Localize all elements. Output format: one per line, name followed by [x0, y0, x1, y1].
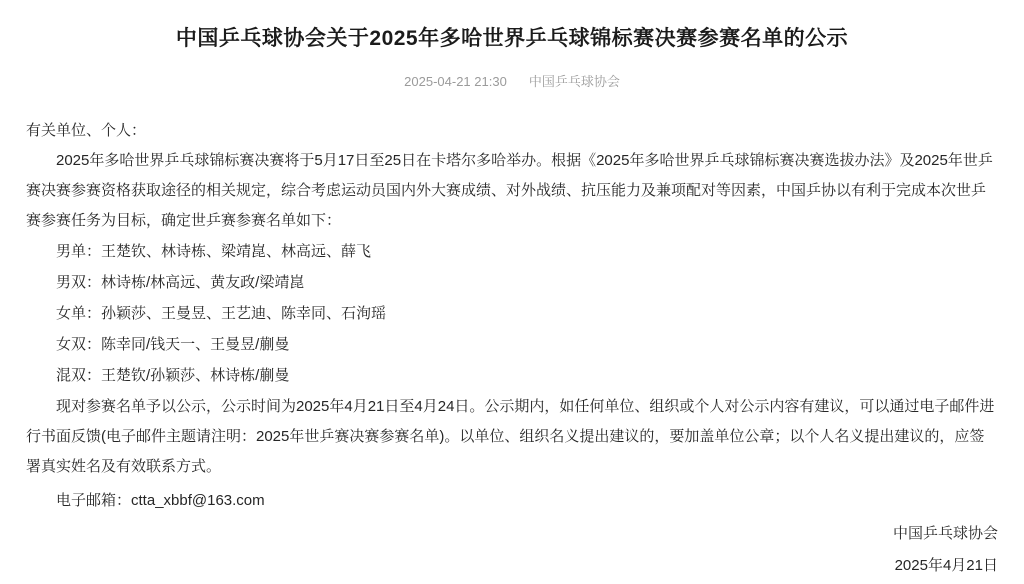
roster-names: 孙颖莎、王曼昱、王艺迪、陈幸同、石洵瑶: [101, 305, 386, 322]
page-title: 中国乒乓球协会关于2025年多哈世界乒乓球锦标赛决赛参赛名单的公示: [66, 24, 958, 54]
announcement-body: 有关单位、个人： 2025年多哈世界乒乓球锦标赛决赛将于5月17日至25日在卡塔…: [26, 116, 998, 516]
roster-womens-singles: 女单：孙颖莎、王曼昱、王艺迪、陈幸同、石洵瑶: [26, 299, 998, 329]
salutation: 有关单位、个人：: [26, 116, 998, 146]
announcement-page: 中国乒乓球协会关于2025年多哈世界乒乓球锦标赛决赛参赛名单的公示 2025-0…: [0, 0, 1024, 584]
roster-label: 女双：: [56, 336, 101, 353]
meta-line: 2025-04-21 21:30中国乒乓球协会: [26, 71, 998, 90]
roster-names: 王楚钦、林诗栋、梁靖崑、林高远、薛飞: [101, 243, 371, 260]
roster-mixed-doubles: 混双：王楚钦/孙颖莎、林诗栋/蒯曼: [26, 361, 998, 391]
signature-org: 中国乒乓球协会: [26, 518, 998, 549]
roster-label: 混双：: [56, 367, 101, 384]
roster-womens-doubles: 女双：陈幸同/钱天一、王曼昱/蒯曼: [26, 330, 998, 360]
roster-label: 女单：: [56, 305, 101, 322]
roster-names: 林诗栋/林高远、黄友政/梁靖崑: [101, 274, 304, 291]
roster-mens-doubles: 男双：林诗栋/林高远、黄友政/梁靖崑: [26, 268, 998, 298]
email-address: ctta_xbbf@163.com: [131, 492, 265, 509]
email-line: 电子邮箱：ctta_xbbf@163.com: [26, 486, 998, 516]
publish-datetime: 2025-04-21 21:30: [404, 74, 507, 89]
signature-date: 2025年4月21日: [26, 550, 998, 581]
roster-names: 王楚钦/孙颖莎、林诗栋/蒯曼: [101, 367, 289, 384]
roster-names: 陈幸同/钱天一、王曼昱/蒯曼: [101, 336, 289, 353]
roster-mens-singles: 男单：王楚钦、林诗栋、梁靖崑、林高远、薛飞: [26, 237, 998, 267]
intro-paragraph: 2025年多哈世界乒乓球锦标赛决赛将于5月17日至25日在卡塔尔多哈举办。根据《…: [26, 146, 998, 236]
roster-label: 男单：: [56, 243, 101, 260]
roster-label: 男双：: [56, 274, 101, 291]
email-label: 电子邮箱：: [56, 492, 131, 509]
notice-paragraph: 现对参赛名单予以公示，公示时间为2025年4月21日至4月24日。公示期内，如任…: [26, 392, 998, 482]
signature-block: 中国乒乓球协会 2025年4月21日: [26, 518, 998, 581]
publish-source: 中国乒乓球协会: [529, 74, 620, 89]
